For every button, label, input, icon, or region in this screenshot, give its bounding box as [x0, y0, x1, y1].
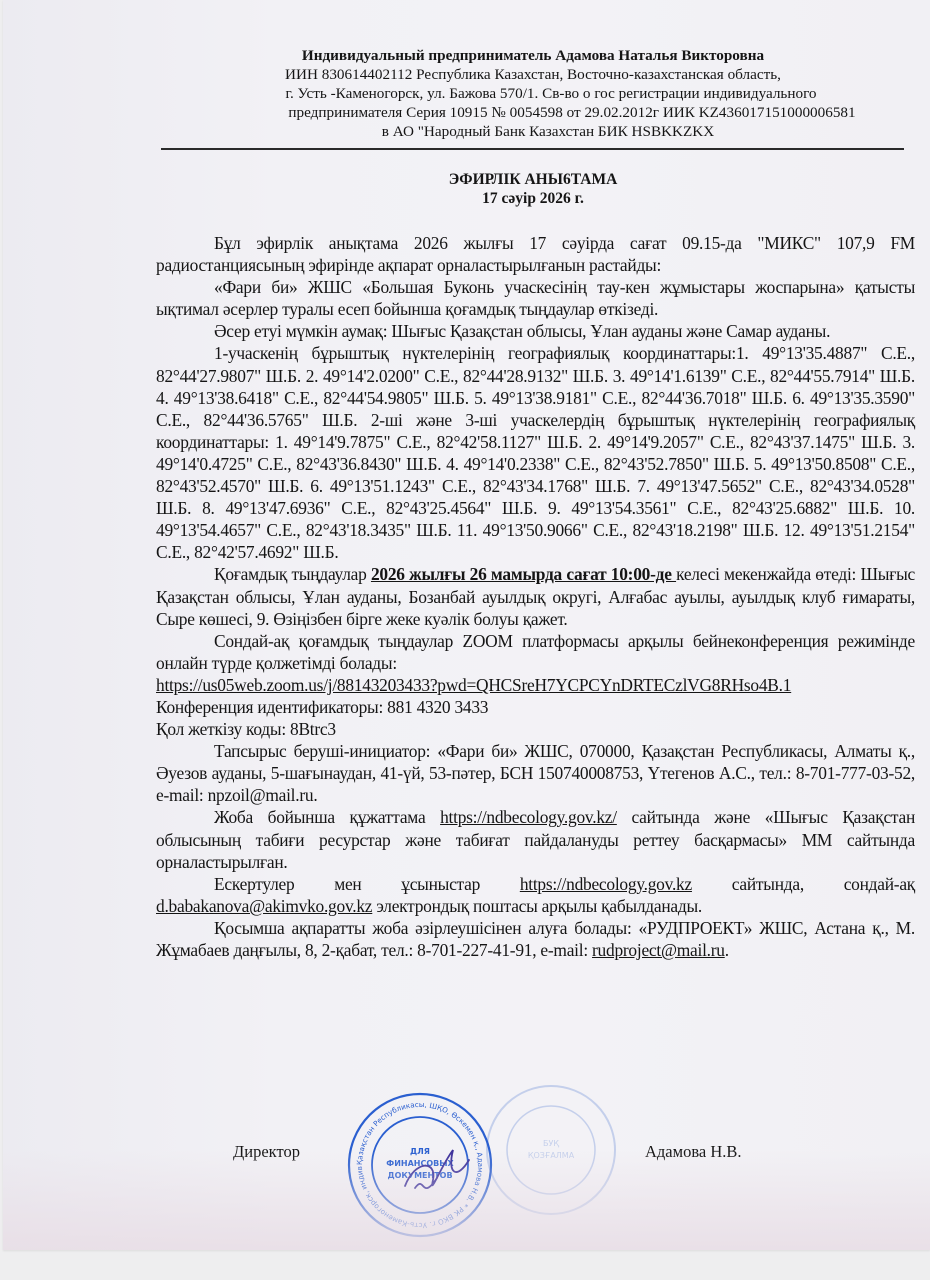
letterhead: Индивидуальный предприниматель Адамова Н… — [153, 46, 913, 141]
zoom-link-line: https://us05web.zoom.us/j/88143203433?pw… — [156, 674, 915, 696]
documentation-intro: Жоба бойынша құжаттама — [214, 807, 440, 827]
letterhead-registration: предпринимателя Серия 10915 № 0054598 от… — [153, 103, 913, 122]
paragraph-affected-area: Әсер етуі мүмкін аумақ: Шығыс Қазақстан … — [156, 320, 915, 342]
paragraph-comments: Ескертулер мен ұсыныстар https://ndbecol… — [156, 873, 915, 917]
conference-id: Конференция идентификаторы: 881 4320 343… — [156, 696, 915, 718]
rudproject-email-link[interactable]: rudproject@mail.ru — [592, 940, 725, 960]
hearing-intro: Қоғамдық тыңдаулар — [214, 564, 371, 584]
title-heading: ЭФИРЛІК АНЫ6ТАМА — [153, 170, 913, 189]
document-body: Бұл эфирлік анықтама 2026 жылғы 17 сәуір… — [156, 232, 915, 961]
paragraph-hearing-subject: «Фари би» ЖШС «Большая Буконь учаскесіні… — [156, 276, 915, 320]
page-shading — [3, 1150, 930, 1250]
svg-text:БУҚ: БУҚ — [543, 1139, 559, 1148]
paragraph-hearing-date: Қоғамдық тыңдаулар 2026 жылғы 26 мамырда… — [156, 563, 915, 629]
paragraph-customer: Тапсырыс беруші-инициатор: «Фари би» ЖШС… — [156, 740, 915, 806]
paragraph-documentation: Жоба бойынша құжаттама https://ndbecolog… — [156, 806, 915, 872]
hearing-datetime: 2026 жылғы 26 мамырда сағат 10:00-де — [371, 564, 676, 584]
document-title: ЭФИРЛІК АНЫ6ТАМА 17 сәуір 2026 г. — [153, 170, 913, 208]
paragraph-developer: Қосымша ақпаратты жоба әзірлеушісінен ал… — [156, 917, 915, 961]
paragraph-zoom: Сондай-ақ қоғамдық тыңдаулар ZOOM платфо… — [156, 630, 915, 674]
letterhead-address: г. Усть -Каменогорск, ул. Бажова 570/1. … — [153, 84, 913, 103]
letterhead-iin: ИИН 830614402112 Республика Казахстан, В… — [153, 65, 913, 84]
paragraph-coordinates: 1-учаскенің бұрыштық нүктелерінің геогра… — [156, 342, 915, 563]
developer-end: . — [725, 940, 729, 960]
comments-intro: Ескертулер мен ұсыныстар — [214, 874, 520, 894]
comments-mid: сайтында, сондай-ақ — [692, 874, 915, 894]
zoom-link[interactable]: https://us05web.zoom.us/j/88143203433?pw… — [156, 675, 791, 695]
paragraph-confirmation: Бұл эфирлік анықтама 2026 жылғы 17 сәуір… — [156, 232, 915, 276]
babakanova-email-link[interactable]: d.babakanova@akimvko.gov.kz — [156, 896, 372, 916]
letterhead-bank: в АО "Народный Банк Казахстан БИК HSBKKZ… — [153, 122, 913, 141]
ndbecology-comments-link[interactable]: https://ndbecology.gov.kz — [520, 874, 692, 894]
access-code: Қол жеткізу коды: 8Btrc3 — [156, 718, 915, 740]
ndbecology-link[interactable]: https://ndbecology.gov.kz/ — [440, 807, 617, 827]
document-page: Индивидуальный предприниматель Адамова Н… — [3, 0, 930, 1250]
title-date: 17 сәуір 2026 г. — [153, 189, 913, 208]
letterhead-name: Индивидуальный предприниматель Адамова Н… — [153, 46, 913, 65]
comments-rest: электрондық поштасы арқылы қабылданады. — [372, 896, 702, 916]
header-divider — [161, 148, 904, 150]
developer-info: Қосымша ақпаратты жоба әзірлеушісінен ал… — [156, 918, 915, 960]
